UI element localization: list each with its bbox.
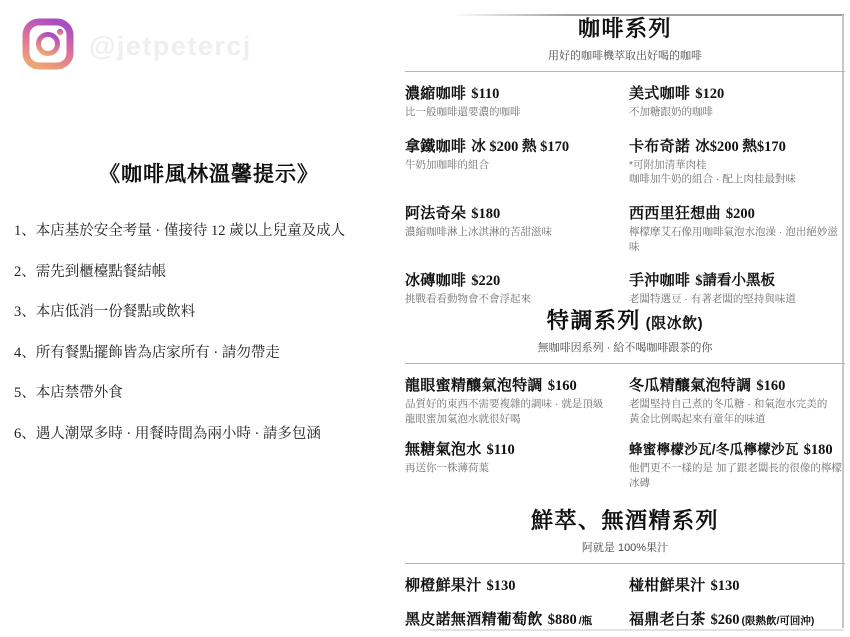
- instagram-icon: [22, 18, 74, 75]
- instagram-watermark: @jetpetercj: [22, 18, 252, 75]
- item-price: $110: [487, 442, 515, 459]
- menu-page: @jetpetercj 《咖啡風林溫馨提示》 1、本店基於安全考量 · 僅接待 …: [0, 0, 850, 637]
- section-title-text: 咖啡系列: [578, 16, 672, 41]
- menu-item-americano: 美式咖啡$120 不加糖跟奶的咖啡: [629, 82, 845, 120]
- notice-title: 《咖啡風林溫馨提示》: [14, 158, 404, 188]
- section-fresh-juice-items: 柳橙鮮果汁$130 椪柑鮮果汁$130 黑皮諾無酒精葡萄飲$880/瓶 福鼎老白…: [405, 564, 845, 637]
- menu-item-pinot-grape-drink: 黑皮諾無酒精葡萄飲$880/瓶: [405, 608, 629, 629]
- item-price: $130: [487, 578, 516, 595]
- item-desc: 他們更不一樣的是 加了跟老闆長的很像的檸檬冰磚: [629, 461, 845, 490]
- item-name: 西西里狂想曲: [629, 202, 721, 223]
- notice-item: 3、本店低消一份餐點或飲料: [14, 302, 404, 323]
- menu-item-wintermelon-sparkling: 冬瓜精釀氣泡特調$160 老闆堅持自己煮的冬瓜糖 · 和氣泡水完美的 黃金比例喝…: [629, 374, 845, 426]
- menu-item-ice-brick-coffee: 冰磚咖啡$220 挑戰看看動物會不會浮起來: [405, 269, 629, 307]
- section-coffee-items: 濃縮咖啡$110 比一般咖啡還要濃的咖啡 美式咖啡$120 不加糖跟奶的咖啡 拿…: [405, 72, 845, 322]
- item-desc: 檸檬摩艾石像用咖啡氣泡水泡澡 · 泡出絕妙滋味: [629, 225, 845, 254]
- menu-item-affogato: 阿法奇朵$180 濃縮咖啡淋上冰淇淋的苦甜滋味: [405, 202, 629, 254]
- item-desc: *可附加清華肉桂 咖啡加牛奶的組合 · 配上肉桂最對味: [629, 158, 845, 187]
- menu-item-fuding-white-tea: 福鼎老白茶$260(限熱飲/可回沖): [629, 608, 845, 629]
- item-name: 美式咖啡: [629, 82, 690, 103]
- menu-item-sicilian: 西西里狂想曲$200 檸檬摩艾石像用咖啡氣泡水泡澡 · 泡出絕妙滋味: [629, 202, 845, 254]
- menu-item-lemon-sour: 蜂蜜檸檬沙瓦/冬瓜檸檬沙瓦$180 他們更不一樣的是 加了跟老闆長的很像的檸檬冰…: [629, 438, 845, 490]
- item-desc: 不加糖跟奶的咖啡: [629, 105, 845, 120]
- item-price: $180: [471, 206, 500, 223]
- instagram-handle: @jetpetercj: [89, 31, 252, 62]
- item-desc: 老闆堅持自己煮的冬瓜糖 · 和氣泡水完美的 黃金比例喝起來有童年的味道: [629, 397, 845, 426]
- item-note: /瓶: [579, 613, 592, 628]
- section-coffee: 咖啡系列 用好的咖啡機萃取出好喝的咖啡 濃縮咖啡$110 比一般咖啡還要濃的咖啡…: [405, 12, 845, 322]
- item-name: 柳橙鮮果汁: [405, 574, 482, 595]
- item-note: (限熱飲/可回沖): [742, 613, 815, 628]
- notice-item: 1、本店基於安全考量 · 僅接待 12 歲以上兒童及成人: [14, 221, 404, 242]
- item-price: 冰$200 熱$170: [695, 135, 786, 156]
- menu-item-orange-juice: 柳橙鮮果汁$130: [405, 574, 629, 595]
- item-name: 蜂蜜檸檬沙瓦/冬瓜檸檬沙瓦: [629, 438, 799, 458]
- section-title-suffix: (限冰飲): [641, 315, 703, 332]
- notice-panel: 《咖啡風林溫馨提示》 1、本店基於安全考量 · 僅接待 12 歲以上兒童及成人 …: [14, 158, 404, 464]
- section-fresh-juice-title: 鮮萃、無酒精系列: [405, 504, 845, 535]
- item-price: $請看小黑板: [695, 269, 775, 290]
- section-coffee-title: 咖啡系列: [405, 12, 845, 43]
- section-title-text: 特調系列: [547, 308, 641, 333]
- item-name: 卡布奇諾: [629, 135, 690, 156]
- item-name: 福鼎老白茶: [629, 608, 706, 629]
- notice-item: 6、遇人潮眾多時 · 用餐時間為兩小時 · 請多包涵: [14, 424, 404, 445]
- item-name: 冰磚咖啡: [405, 269, 466, 290]
- item-desc: 濃縮咖啡淋上冰淇淋的苦甜滋味: [405, 225, 629, 240]
- item-name: 無糖氣泡水: [405, 438, 482, 459]
- section-fresh-juice: 鮮萃、無酒精系列 阿就是 100%果汁 柳橙鮮果汁$130 椪柑鮮果汁$130 …: [405, 504, 845, 637]
- item-name: 冬瓜精釀氣泡特調: [629, 374, 751, 395]
- section-fresh-juice-subtitle: 阿就是 100%果汁: [405, 539, 845, 555]
- item-name: 拿鐵咖啡: [405, 135, 466, 156]
- section-coffee-subtitle: 用好的咖啡機萃取出好喝的咖啡: [405, 47, 845, 63]
- item-desc: 品質好的東西不需要複雜的調味 · 就是頂級 龍眼蜜加氣泡水就很好喝: [405, 397, 629, 426]
- item-name: 阿法奇朵: [405, 202, 466, 223]
- item-name: 龍眼蜜精釀氣泡特調: [405, 374, 543, 395]
- item-price: $110: [471, 86, 499, 103]
- item-price: $120: [695, 86, 724, 103]
- menu-item-longan-honey-sparkling: 龍眼蜜精釀氣泡特調$160 品質好的東西不需要複雜的調味 · 就是頂級 龍眼蜜加…: [405, 374, 629, 426]
- section-specials-subtitle: 無咖啡因系列 · 給不喝咖啡跟茶的你: [405, 339, 845, 355]
- item-desc: 牛奶加咖啡的組合: [405, 158, 629, 173]
- item-price: $160: [548, 378, 577, 395]
- item-price: $220: [471, 273, 500, 290]
- item-name: 手沖咖啡: [629, 269, 690, 290]
- item-name: 黑皮諾無酒精葡萄飲: [405, 608, 543, 629]
- menu-item-espresso: 濃縮咖啡$110 比一般咖啡還要濃的咖啡: [405, 82, 629, 120]
- section-specials-title: 特調系列 (限冰飲): [405, 304, 845, 335]
- item-price: $180: [804, 442, 833, 459]
- item-price: $260: [711, 612, 740, 629]
- item-price: $880: [548, 612, 577, 629]
- item-name: 濃縮咖啡: [405, 82, 466, 103]
- notice-item: 5、本店禁帶外食: [14, 383, 404, 404]
- menu-item-cappuccino: 卡布奇諾冰$200 熱$170 *可附加清華肉桂 咖啡加牛奶的組合 · 配上肉桂…: [629, 135, 845, 187]
- item-price: $130: [711, 578, 740, 595]
- menu-item-latte: 拿鐵咖啡冰 $200 熱 $170 牛奶加咖啡的組合: [405, 135, 629, 187]
- menu-item-pour-over: 手沖咖啡$請看小黑板 老闆特選豆 · 有著老闆的堅持與味道: [629, 269, 845, 307]
- section-title-text: 鮮萃、無酒精系列: [531, 508, 719, 533]
- item-price: $160: [756, 378, 785, 395]
- menu-item-ponkan-juice: 椪柑鮮果汁$130: [629, 574, 845, 595]
- item-desc: 再送你一株薄荷葉: [405, 461, 629, 476]
- item-name: 椪柑鮮果汁: [629, 574, 706, 595]
- section-specials: 特調系列 (限冰飲) 無咖啡因系列 · 給不喝咖啡跟茶的你 龍眼蜜精釀氣泡特調$…: [405, 304, 845, 503]
- notice-item: 4、所有餐點擺飾皆為店家所有 · 請勿帶走: [14, 343, 404, 364]
- item-price: 冰 $200 熱 $170: [471, 135, 569, 156]
- section-specials-items: 龍眼蜜精釀氣泡特調$160 品質好的東西不需要複雜的調味 · 就是頂級 龍眼蜜加…: [405, 364, 845, 503]
- item-desc: 比一般咖啡還要濃的咖啡: [405, 105, 629, 120]
- notice-item: 2、需先到櫃檯點餐結帳: [14, 262, 404, 283]
- menu-item-sugarfree-sparkling-water: 無糖氣泡水$110 再送你一株薄荷葉: [405, 438, 629, 490]
- item-price: $200: [726, 206, 755, 223]
